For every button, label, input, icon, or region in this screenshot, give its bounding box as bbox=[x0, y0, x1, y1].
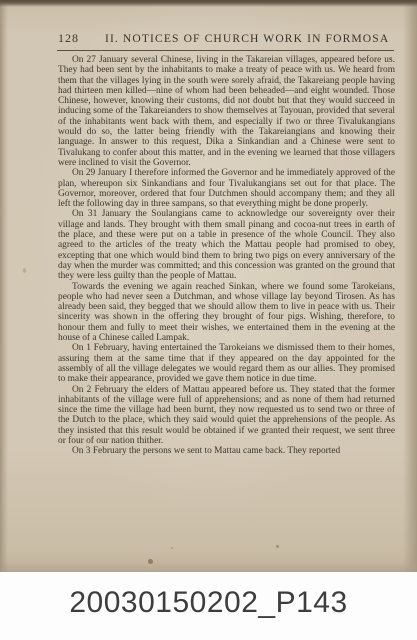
body-text-column: On 27 January several Chinese, living in… bbox=[58, 55, 395, 457]
archive-label-band: 20030150202_P143 bbox=[0, 572, 417, 640]
header-rule bbox=[57, 50, 394, 51]
running-title: II. NOTICES OF CHURCH WORK IN FORMOSA bbox=[105, 32, 389, 45]
page-number: 128 bbox=[58, 31, 79, 46]
paragraph-6: On 2 February the elders of Mattau appea… bbox=[58, 385, 395, 447]
paper-scan-area: 128 II. NOTICES OF CHURCH WORK IN FORMOS… bbox=[0, 0, 417, 572]
paragraph-4: Towards the evening we again reached Sin… bbox=[58, 282, 395, 344]
paragraph-5: On 1 February, having entertained the Ta… bbox=[58, 343, 395, 384]
paper-speck bbox=[23, 268, 26, 273]
paragraph-1: On 27 January several Chinese, living in… bbox=[58, 55, 395, 168]
paragraph-3: On 31 January the Soulangians came to ac… bbox=[58, 209, 395, 281]
paper-speck bbox=[171, 547, 173, 549]
paragraph-7: On 3 February the persons we sent to Mat… bbox=[58, 446, 395, 456]
paragraph-2: On 29 January I therefore informed the G… bbox=[58, 168, 395, 209]
scanned-book-page-view: 128 II. NOTICES OF CHURCH WORK IN FORMOS… bbox=[0, 0, 417, 640]
paper-speck bbox=[276, 545, 279, 548]
page-header: 128 II. NOTICES OF CHURCH WORK IN FORMOS… bbox=[58, 31, 395, 46]
paper-speck bbox=[148, 559, 153, 564]
archive-id-label: 20030150202_P143 bbox=[69, 586, 347, 620]
